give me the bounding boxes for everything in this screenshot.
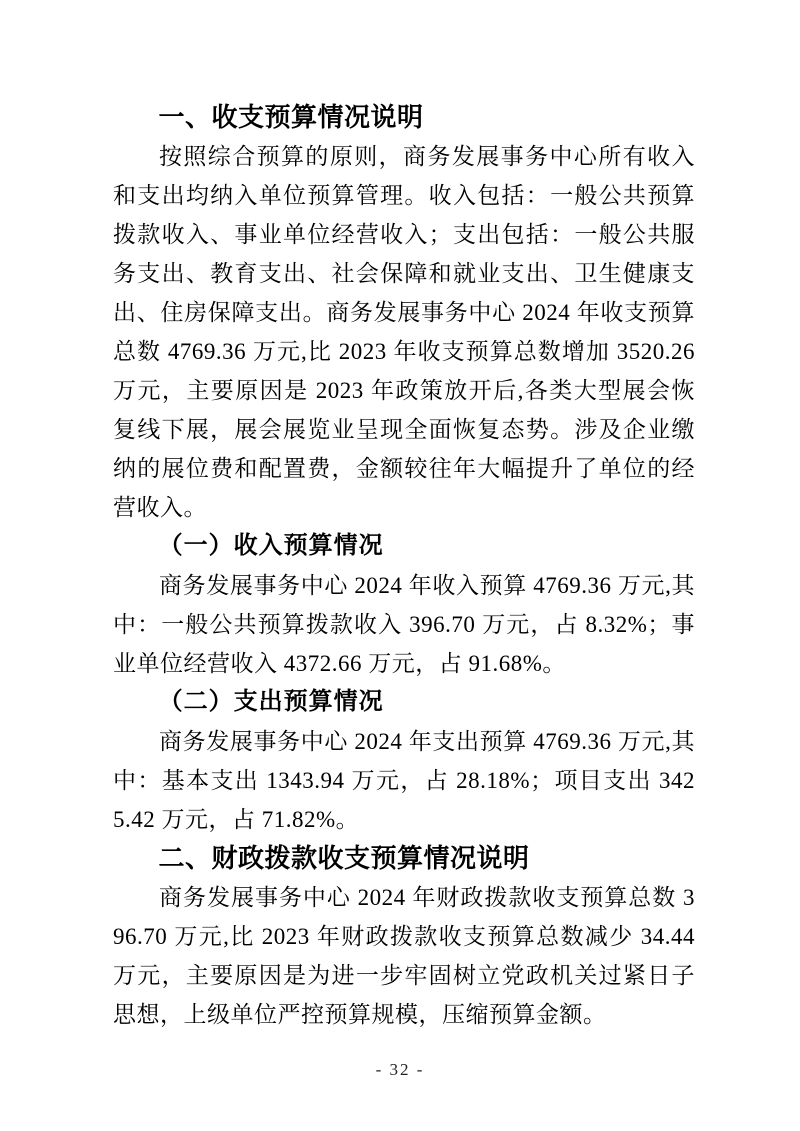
expenditure-budget-paragraph: 商务发展事务中心 2024 年支出预算 4769.36 万元,其中：基本支出 1… xyxy=(113,722,695,839)
section-2-heading: 二、财政拨款收支预算情况说明 xyxy=(113,839,695,878)
page-number: - 32 - xyxy=(0,1059,800,1081)
subsection-2-heading: （二）支出预算情况 xyxy=(113,683,695,722)
income-budget-paragraph: 商务发展事务中心 2024 年收入预算 4769.36 万元,其中：一般公共预算… xyxy=(113,566,695,683)
subsection-1-heading: （一）收入预算情况 xyxy=(113,527,695,566)
section-2-paragraph: 商务发展事务中心 2024 年财政拨款收支预算总数 396.70 万元,比 20… xyxy=(113,878,695,1034)
document-page: 一、收支预算情况说明 按照综合预算的原则，商务发展事务中心所有收入和支出均纳入单… xyxy=(0,0,800,1131)
section-1-heading: 一、收支预算情况说明 xyxy=(113,98,695,137)
section-1-paragraph: 按照综合预算的原则，商务发展事务中心所有收入和支出均纳入单位预算管理。收入包括：… xyxy=(113,137,695,527)
document-body: 一、收支预算情况说明 按照综合预算的原则，商务发展事务中心所有收入和支出均纳入单… xyxy=(113,98,695,1034)
